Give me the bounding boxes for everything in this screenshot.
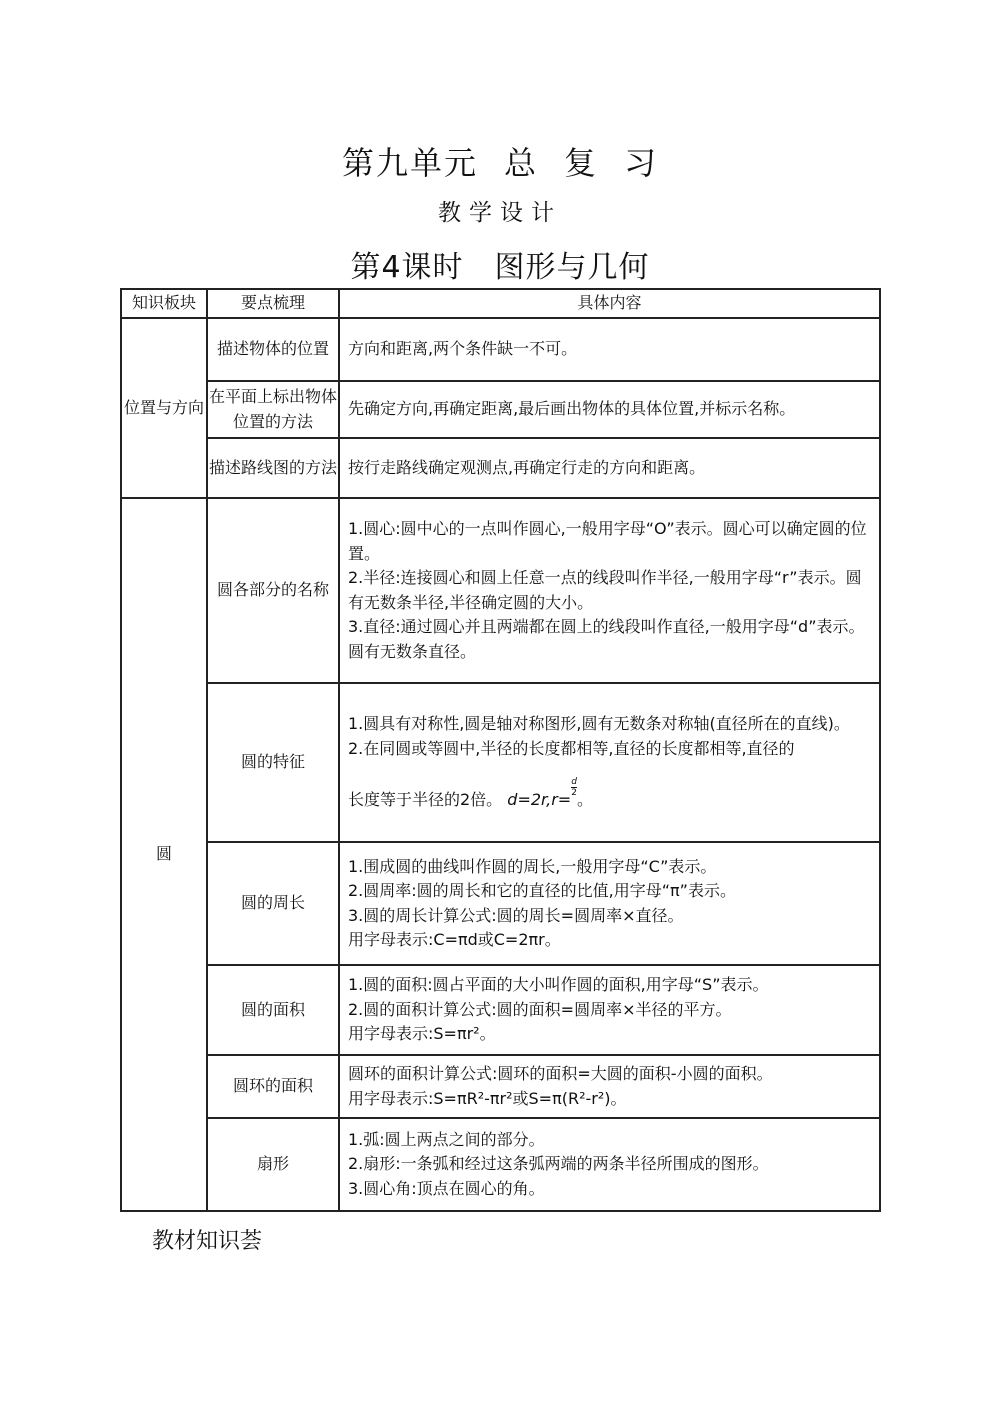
fraction-numerator: d — [571, 777, 577, 788]
table-row: 圆环的面积 圆环的面积计算公式:圆环的面积=大圆的面积-小圆的面积。 用字母表示… — [121, 1055, 880, 1118]
subtitle: 教学设计 — [0, 194, 1000, 227]
table-row: 圆的面积 1.圆的面积:圆占平面的大小叫作圆的面积,用字母“S”表示。 2.圆的… — [121, 965, 880, 1055]
content-cell: 1.围成圆的曲线叫作圆的周长,一般用字母“C”表示。 2.圆周率:圆的周长和它的… — [339, 842, 880, 965]
table-header-row: 知识板块 要点梳理 具体内容 — [121, 289, 880, 318]
content-cell: 先确定方向,再确定距离,最后画出物体的具体位置,并标示名称。 — [339, 381, 880, 438]
content-line: 1.围成圆的曲线叫作圆的周长,一般用字母“C”表示。 — [348, 855, 873, 880]
content-line: 2.在同圆或等圆中,半径的长度都相等,直径的长度都相等,直径的 — [348, 737, 873, 762]
content-line: 3.圆的周长计算公式:圆的周长=圆周率×直径。 — [348, 904, 873, 929]
lesson-title: 第4课时 图形与几何 — [0, 242, 1000, 286]
table-row: 圆 圆各部分的名称 1.圆心:圆中心的一点叫作圆心,一般用字母“O”表示。圆心可… — [121, 498, 880, 683]
content-line: 方向和距离,两个条件缺一不可。 — [348, 337, 873, 362]
content-line: 2.半径:连接圆心和圆上任意一点的线段叫作半径,一般用字母“r”表示。圆有无数条… — [348, 566, 873, 615]
unit-title-part: 复 — [564, 144, 598, 182]
formula-text: d=2r,r= — [507, 790, 571, 809]
content-cell: 1.圆心:圆中心的一点叫作圆心,一般用字母“O”表示。圆心可以确定圆的位置。 2… — [339, 498, 880, 683]
content-line: 2.圆周率:圆的周长和它的直径的比值,用字母“π”表示。 — [348, 879, 873, 904]
table-row: 扇形 1.弧:圆上两点之间的部分。 2.扇形:一条弧和经过这条弧两端的两条半径所… — [121, 1118, 880, 1211]
header-cell: 要点梳理 — [207, 289, 339, 318]
point-cell: 圆的周长 — [207, 842, 339, 965]
unit-title: 第九单元总复习 — [0, 138, 1000, 184]
table-row: 圆的特征 1.圆具有对称性,圆是轴对称图形,圆有无数条对称轴(直径所在的直线)。… — [121, 683, 880, 842]
table-row: 位置与方向 描述物体的位置 方向和距离,两个条件缺一不可。 — [121, 318, 880, 381]
point-cell: 圆各部分的名称 — [207, 498, 339, 683]
point-cell: 描述物体的位置 — [207, 318, 339, 381]
content-cell: 1.圆具有对称性,圆是轴对称图形,圆有无数条对称轴(直径所在的直线)。 2.在同… — [339, 683, 880, 842]
point-cell: 描述路线图的方法 — [207, 438, 339, 498]
content-line: 3.圆心角:顶点在圆心的角。 — [348, 1177, 873, 1202]
content-line: 2.扇形:一条弧和经过这条弧两端的两条半径所围成的图形。 — [348, 1152, 873, 1177]
unit-title-part: 总 — [504, 144, 538, 182]
content-line: 2.圆的面积计算公式:圆的面积=圆周率×半径的平方。 — [348, 998, 873, 1023]
category-cell: 圆 — [121, 498, 207, 1211]
content-line: 用字母表示:C=πd或C=2πr。 — [348, 928, 873, 953]
point-cell: 在平面上标出物体位置的方法 — [207, 381, 339, 438]
point-cell: 扇形 — [207, 1118, 339, 1211]
content-line: 长度等于半径的2倍。 d=2r,r=d2。 — [348, 777, 873, 813]
table-row: 圆的周长 1.围成圆的曲线叫作圆的周长,一般用字母“C”表示。 2.圆周率:圆的… — [121, 842, 880, 965]
content-line: 先确定方向,再确定距离,最后画出物体的具体位置,并标示名称。 — [348, 397, 873, 422]
knowledge-table: 知识板块 要点梳理 具体内容 位置与方向 描述物体的位置 方向和距离,两个条件缺… — [120, 288, 881, 1212]
content-line: 圆环的面积计算公式:圆环的面积=大圆的面积-小圆的面积。 — [348, 1062, 873, 1087]
content-line: 1.圆的面积:圆占平面的大小叫作圆的面积,用字母“S”表示。 — [348, 973, 873, 998]
point-cell: 圆的特征 — [207, 683, 339, 842]
unit-title-part: 习 — [624, 144, 658, 182]
content-line: 1.弧:圆上两点之间的部分。 — [348, 1128, 873, 1153]
content-line: 3.直径:通过圆心并且两端都在圆上的线段叫作直径,一般用字母“d”表示。圆有无数… — [348, 615, 873, 664]
unit-title-part: 第九单元 — [342, 144, 478, 182]
section-heading: 教材知识荟 — [152, 1224, 262, 1255]
content-line: 用字母表示:S=πR²-πr²或S=π(R²-r²)。 — [348, 1087, 873, 1112]
content-cell: 方向和距离,两个条件缺一不可。 — [339, 318, 880, 381]
header-cell: 知识板块 — [121, 289, 207, 318]
content-line: 1.圆具有对称性,圆是轴对称图形,圆有无数条对称轴(直径所在的直线)。 — [348, 712, 873, 737]
content-cell: 按行走路线确定观测点,再确定行走的方向和距离。 — [339, 438, 880, 498]
content-cell: 1.弧:圆上两点之间的部分。 2.扇形:一条弧和经过这条弧两端的两条半径所围成的… — [339, 1118, 880, 1211]
table-row: 在平面上标出物体位置的方法 先确定方向,再确定距离,最后画出物体的具体位置,并标… — [121, 381, 880, 438]
content-line: 1.圆心:圆中心的一点叫作圆心,一般用字母“O”表示。圆心可以确定圆的位置。 — [348, 517, 873, 566]
content-cell: 圆环的面积计算公式:圆环的面积=大圆的面积-小圆的面积。 用字母表示:S=πR²… — [339, 1055, 880, 1118]
content-text: 长度等于半径的2倍。 — [348, 790, 502, 809]
point-cell: 圆环的面积 — [207, 1055, 339, 1118]
point-cell: 圆的面积 — [207, 965, 339, 1055]
content-line: 按行走路线确定观测点,再确定行走的方向和距离。 — [348, 456, 873, 481]
table-row: 描述路线图的方法 按行走路线确定观测点,再确定行走的方向和距离。 — [121, 438, 880, 498]
header-cell: 具体内容 — [339, 289, 880, 318]
content-cell: 1.圆的面积:圆占平面的大小叫作圆的面积,用字母“S”表示。 2.圆的面积计算公… — [339, 965, 880, 1055]
content-line: 用字母表示:S=πr²。 — [348, 1022, 873, 1047]
category-cell: 位置与方向 — [121, 318, 207, 498]
content-text: 。 — [577, 790, 593, 809]
